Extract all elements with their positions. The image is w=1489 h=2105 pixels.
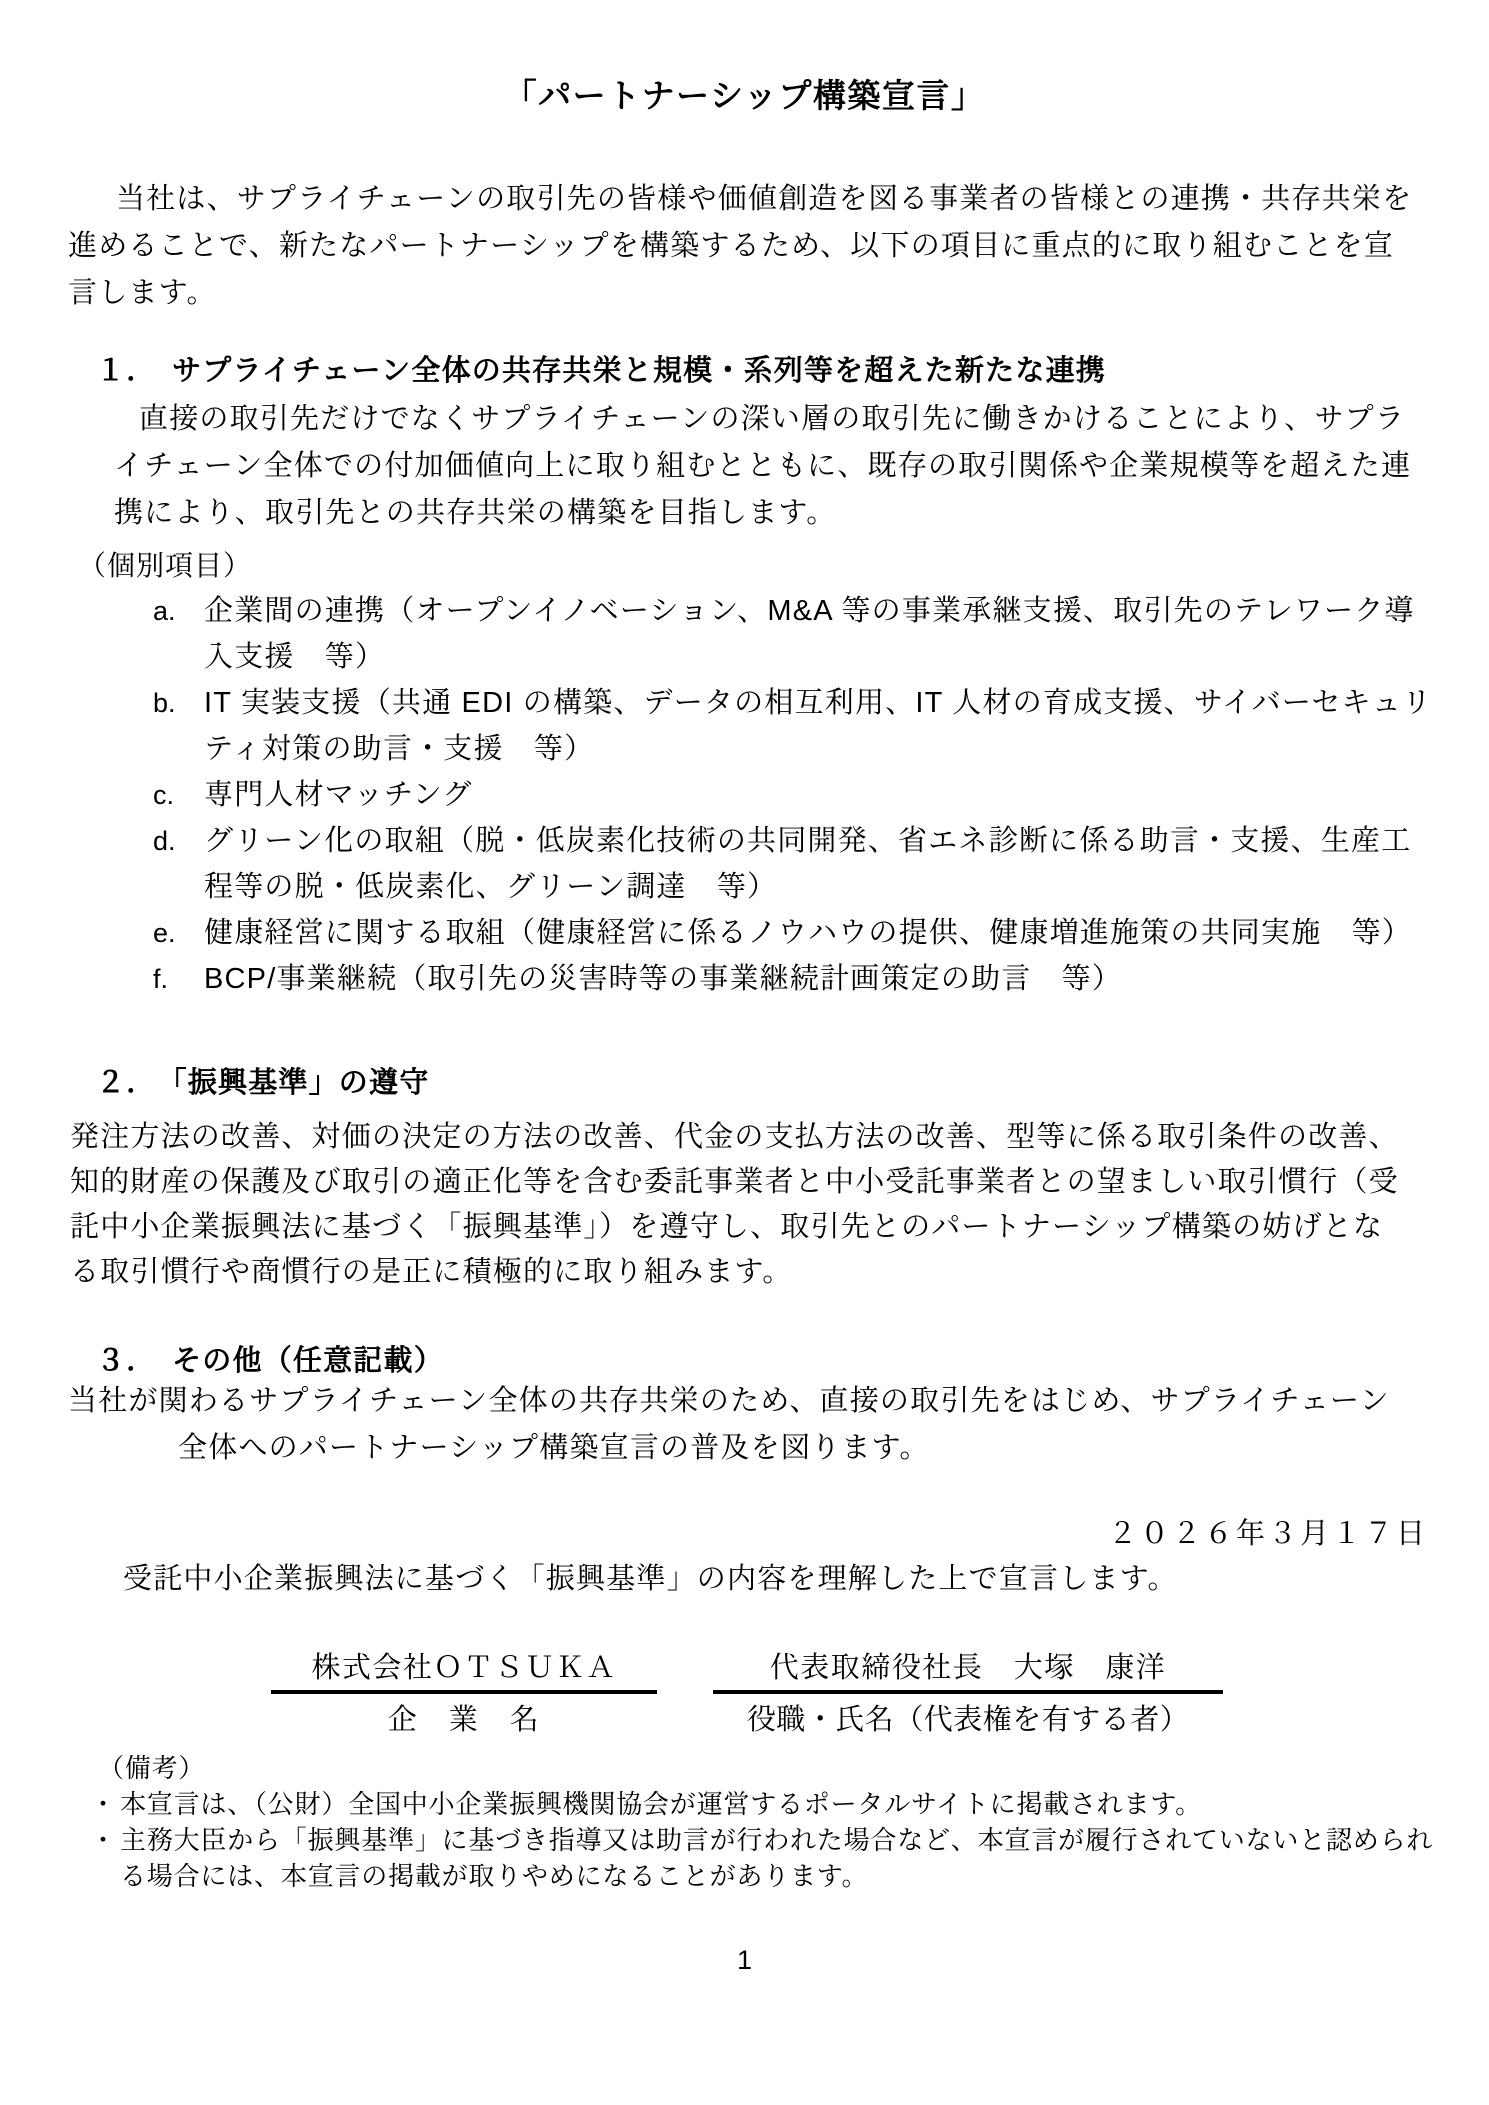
- list-item-text: グリーン化の取組（脱・低炭素化技術の共同開発、省エネ診断に係る助言・支援、生産工…: [204, 818, 1453, 910]
- remarks-label: （備考）: [90, 1750, 1460, 1786]
- declaration-date: ２０２６年３月１７日: [68, 1512, 1428, 1556]
- section3-body-line2: 全体へのパートナーシップ構築宣言の普及を図ります。: [178, 1425, 1453, 1472]
- document-title: 「パートナーシップ構築宣言」: [0, 74, 1489, 118]
- representative-name-label: 役職・氏名（代表権を有する者）: [713, 1700, 1223, 1740]
- list-item-text: 健康経営に関する取組（健康経営に係るノウハウの提供、健康増進施策の共同実施 等）: [204, 910, 1453, 956]
- bullet-mark: ・: [90, 1786, 120, 1822]
- section1-body: 直接の取引先だけでなくサプライチェーンの深い層の取引先に働きかけることにより、サ…: [114, 396, 1444, 537]
- list-item-label: f.: [153, 956, 204, 1002]
- company-name: 株式会社ＯＴＳＵＫＡ: [271, 1646, 657, 1694]
- list-item-text: IT 実装支援（共通 EDI の構築、データの相互利用、IT 人材の育成支援、サ…: [204, 680, 1453, 772]
- list-item-text: BCP/事業継続（取引先の災害時等の事業継続計画策定の助言 等）: [204, 956, 1453, 1002]
- remark-text: 主務大臣から「振興基準」に基づき指導又は助言が行われた場合など、本宣言が履行され…: [120, 1822, 1460, 1894]
- remarks-section: （備考） ・ 本宣言は、（公財）全国中小企業振興機関協会が運営するポータルサイト…: [90, 1750, 1460, 1894]
- list-item-f: f. BCP/事業継続（取引先の災害時等の事業継続計画策定の助言 等）: [153, 956, 1453, 1002]
- list-item-label: c.: [153, 772, 204, 818]
- individual-items-label: （個別項目）: [78, 546, 252, 586]
- section2-heading: ２． 「振興基準」の遵守: [96, 1062, 1456, 1104]
- declaration-document-page: 「パートナーシップ構築宣言」 当社は、サプライチェーンの取引先の皆様や価値創造を…: [0, 0, 1489, 2105]
- list-item-c: c. 専門人材マッチング: [153, 772, 1453, 818]
- remark-item-2: ・ 主務大臣から「振興基準」に基づき指導又は助言が行われた場合など、本宣言が履行…: [90, 1822, 1460, 1894]
- individual-items-list: a. 企業間の連携（オープンイノベーション、M&A 等の事業承継支援、取引先のテ…: [153, 588, 1453, 1002]
- list-item-label: b.: [153, 680, 204, 726]
- list-item-text: 専門人材マッチング: [204, 772, 1453, 818]
- list-item-label: e.: [153, 910, 204, 956]
- section3-heading: ３． その他（任意記載）: [96, 1340, 1456, 1382]
- list-item-a: a. 企業間の連携（オープンイノベーション、M&A 等の事業承継支援、取引先のテ…: [153, 588, 1453, 680]
- list-item-label: a.: [153, 588, 204, 634]
- list-item-label: d.: [153, 818, 204, 864]
- representative-name: 代表取締役社長 大塚 康洋: [713, 1646, 1223, 1694]
- section2-body: 発注方法の改善、対価の決定の方法の改善、代金の支払方法の改善、型等に係る取引条件…: [70, 1115, 1455, 1295]
- bullet-mark: ・: [90, 1822, 120, 1858]
- list-item-e: e. 健康経営に関する取組（健康経営に係るノウハウの提供、健康増進施策の共同実施…: [153, 910, 1453, 956]
- section3-body-line1: 当社が関わるサプライチェーン全体の共存共栄のため、直接の取引先をはじめ、サプライ…: [68, 1378, 1453, 1425]
- list-item-b: b. IT 実装支援（共通 EDI の構築、データの相互利用、IT 人材の育成支…: [153, 680, 1453, 772]
- remark-item-1: ・ 本宣言は、（公財）全国中小企業振興機関協会が運営するポータルサイトに掲載され…: [90, 1786, 1460, 1822]
- section3-body: 当社が関わるサプライチェーン全体の共存共栄のため、直接の取引先をはじめ、サプライ…: [68, 1378, 1453, 1472]
- page-number: 1: [0, 1942, 1489, 1978]
- intro-paragraph: 当社は、サプライチェーンの取引先の皆様や価値創造を図る事業者の皆様との連携・共存…: [68, 176, 1443, 317]
- list-item-text: 企業間の連携（オープンイノベーション、M&A 等の事業承継支援、取引先のテレワー…: [204, 588, 1453, 680]
- signature-representative-block: 代表取締役社長 大塚 康洋 役職・氏名（代表権を有する者）: [713, 1646, 1223, 1740]
- section1-heading: １． サプライチェーン全体の共存共栄と規模・系列等を超えた新たな連携: [96, 350, 1456, 392]
- signature-company-block: 株式会社ＯＴＳＵＫＡ 企 業 名: [271, 1646, 657, 1740]
- declaration-statement: 受託中小企業振興法に基づく「振興基準」の内容を理解した上で宣言します。: [68, 1556, 1453, 1603]
- list-item-d: d. グリーン化の取組（脱・低炭素化技術の共同開発、省エネ診断に係る助言・支援、…: [153, 818, 1453, 910]
- remark-text: 本宣言は、（公財）全国中小企業振興機関協会が運営するポータルサイトに掲載されます…: [120, 1786, 1460, 1822]
- company-name-label: 企 業 名: [271, 1700, 657, 1740]
